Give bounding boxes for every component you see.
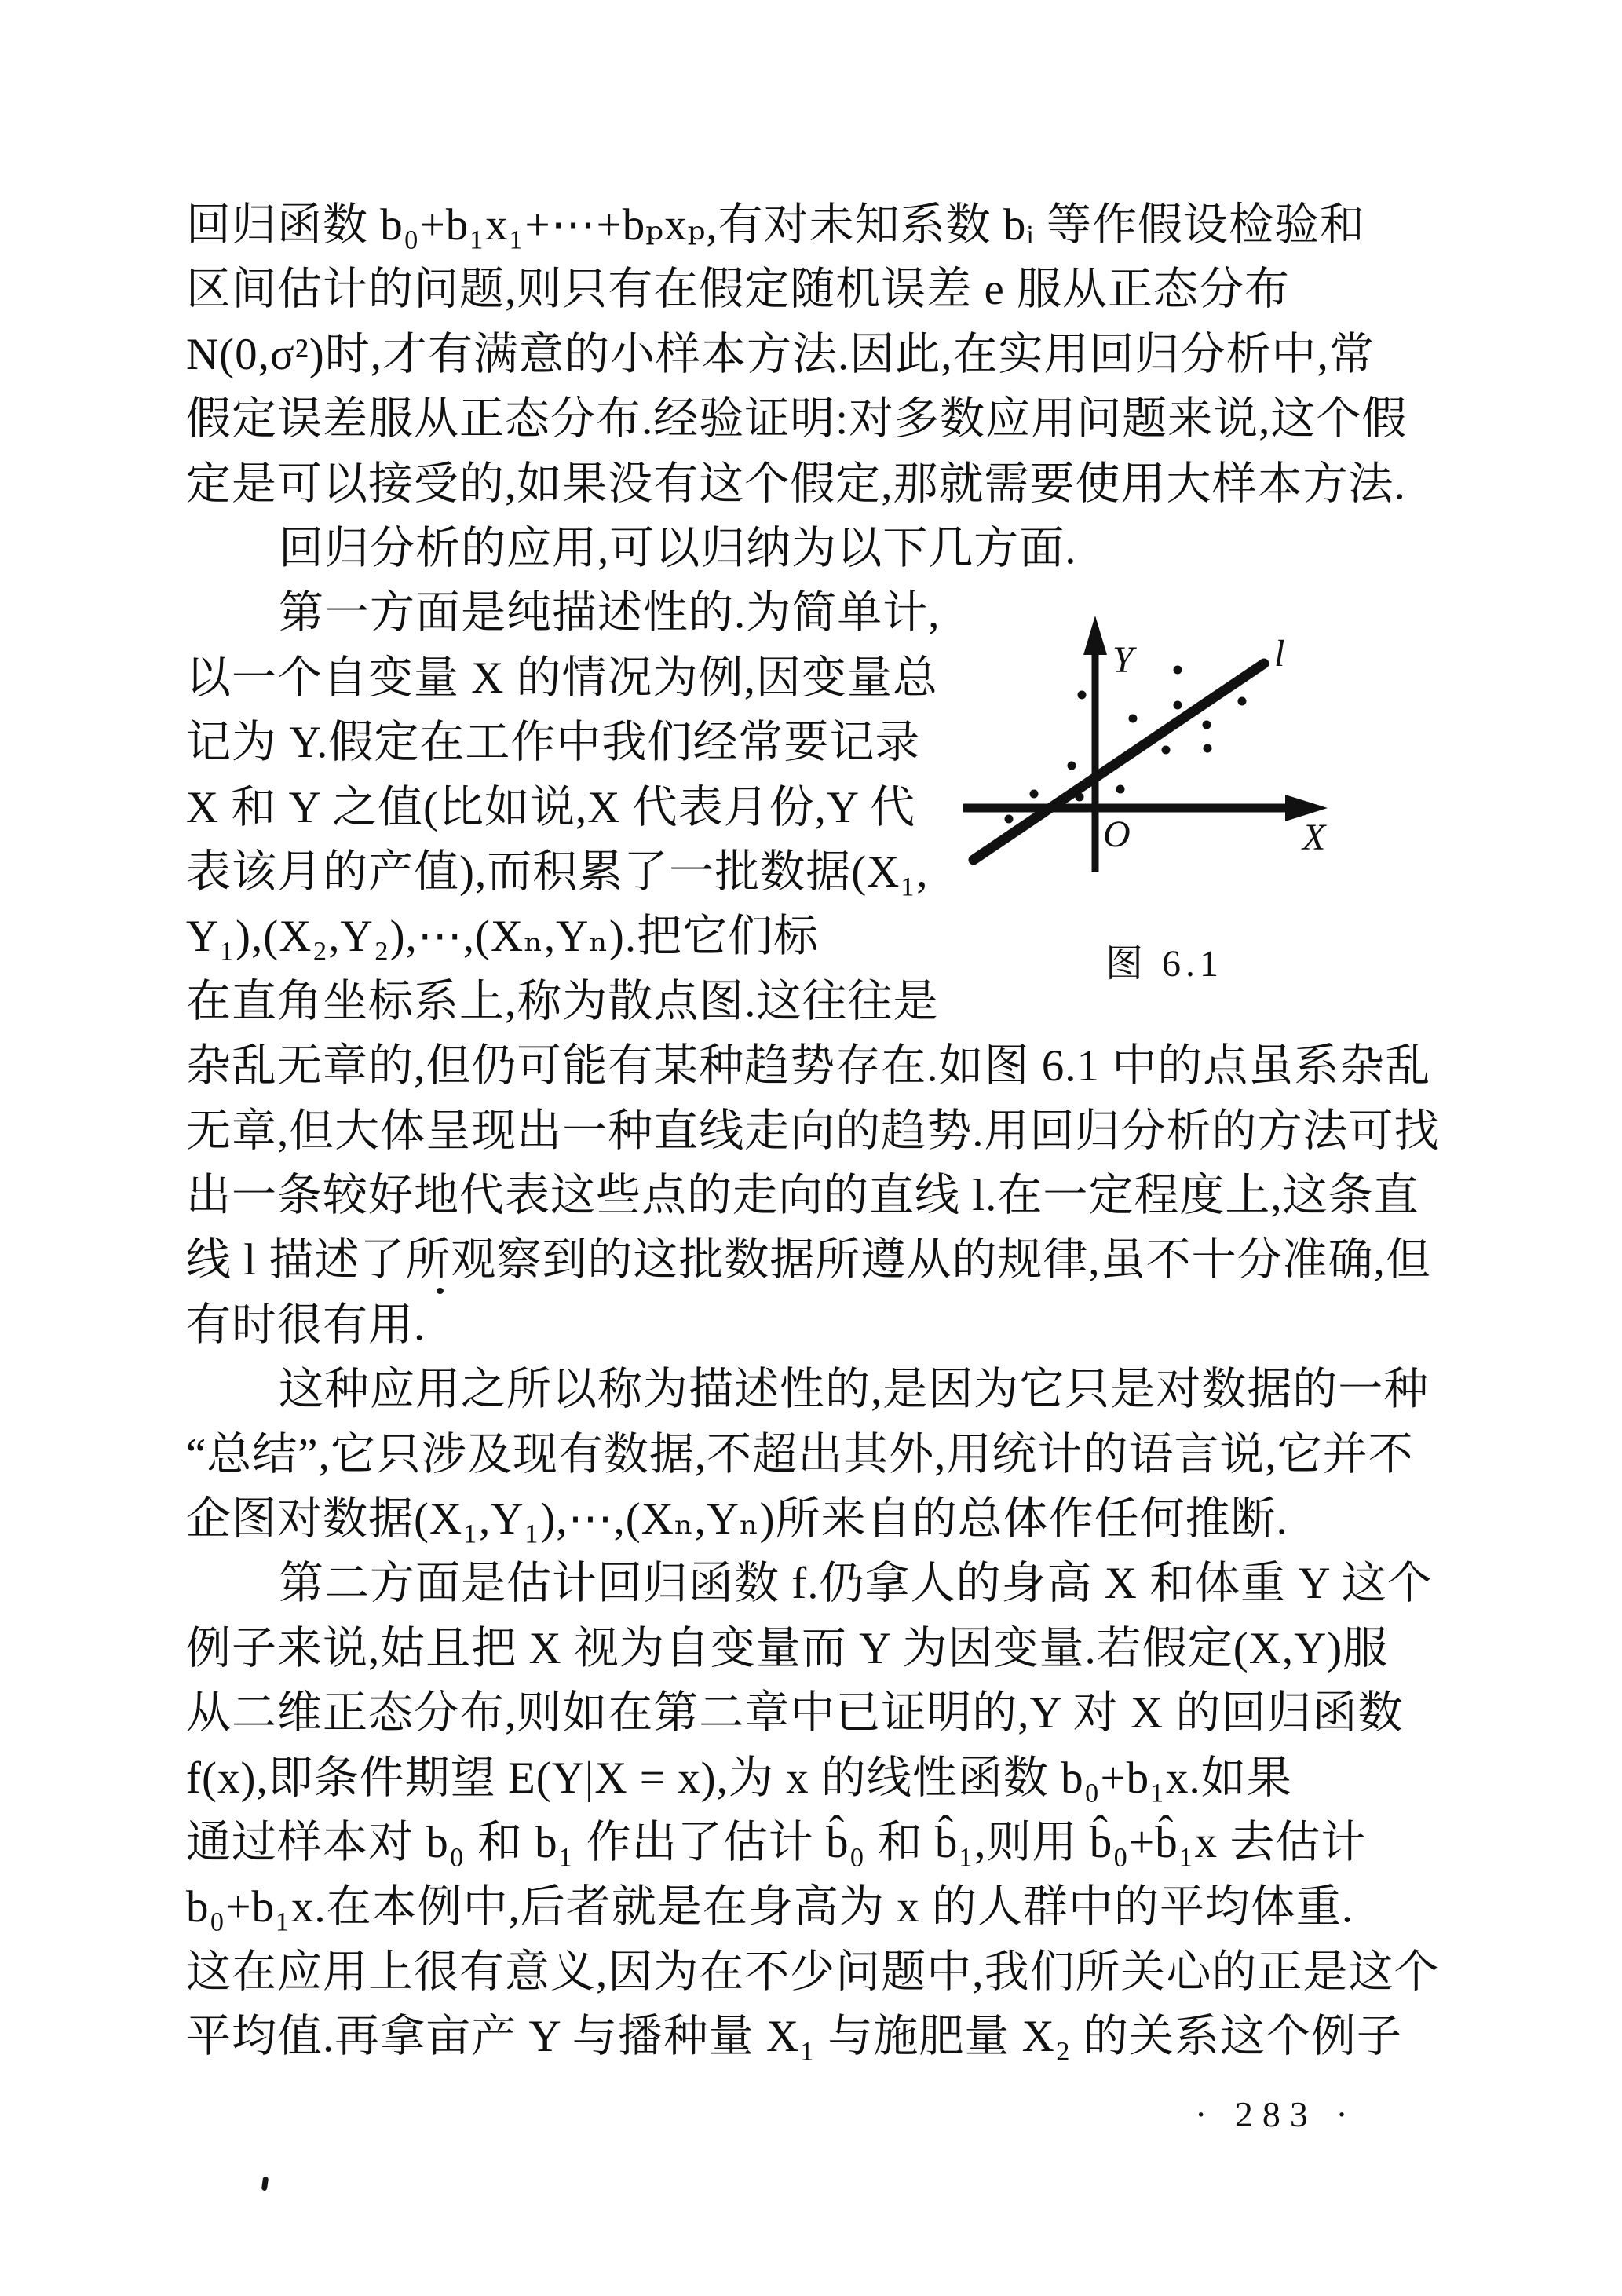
scatter-point [1076,793,1084,802]
text-line: 定是可以接受的,如果没有这个假定,那就需要使用大样本方法. [186,452,1406,517]
y-axis-arrow-icon [1083,616,1107,655]
text-line: 通过样本对 b₀ 和 b₁ 作出了估计 b̂₀ 和 b̂₁,则用 b̂₀+b̂₁… [186,1810,1366,1875]
scatter-point [1238,697,1247,706]
text-line: 表该月的产值),而积累了一批数据(X₁, [186,839,929,905]
text-line: 回归函数 b₀+b₁x₁+⋯+bₚxₚ,有对未知系数 bᵢ 等作假设检验和 [186,192,1365,258]
text-line: 有时很有用. [186,1292,426,1358]
text-line: 平均值.再拿亩产 Y 与播种量 X₁ 与施肥量 X₂ 的关系这个例子 [186,2004,1402,2069]
scatter-point [1005,815,1014,824]
text-line: “总结”,它只涉及现有数据,不超出其外,用统计的语言说,它并不 [186,1422,1414,1487]
scatter-point [1203,721,1211,729]
text-line: f(x),即条件期望 E(Y|X = x),为 x 的线性函数 b₀+b₁x.如… [186,1746,1292,1811]
text-line: 企图对数据(X₁,Y₁),⋯,(Xₙ,Yₙ)所来自的总体作任何推断. [186,1486,1288,1552]
text-line: Y₁),(X₂,Y₂),⋯,(Xₙ,Yₙ).把它们标 [186,904,819,969]
line-label: l [1274,633,1284,675]
scatter-point [1204,744,1212,753]
text-line: 第二方面是估计回归函数 f.仍拿人的身高 X 和体重 Y 这个 [186,1551,1433,1616]
figure-caption: 图 6.1 [1105,944,1223,985]
text-line: 从二维正态分布,则如在第二章中已证明的,Y 对 X 的回归函数 [186,1680,1403,1746]
text-line: 区间估计的问题,则只有在假定随机误差 e 服从正态分布 [186,257,1290,322]
text-line: 线 l 描述了所观察到的这批数据所遵从的规律,虽不十分准确,但 [186,1227,1431,1292]
scatter-point [1129,715,1138,723]
text-line: 假定误差服从正态分布.经验证明:对多数应用问题来说,这个假 [186,386,1407,452]
text-line: 出一条较好地代表这些点的走向的直线 l.在一定程度上,这条直 [186,1163,1419,1228]
scan-speck [437,1288,444,1294]
text-line: 回归分析的应用,可以归纳为以下几方面. [186,516,1077,581]
text-line: 第一方面是纯描述性的.为简单计, [186,580,941,645]
book-page: 回归函数 b₀+b₁x₁+⋯+bₚxₚ,有对未知系数 bᵢ 等作假设检验和区间估… [0,0,1622,2296]
text-line: X 和 Y 之值(比如说,X 代表月份,Y 代 [186,775,915,840]
text-line: N(0,σ²)时,才有满意的小样本方法.因此,在实用回归分析中,常 [186,322,1375,387]
scatter-point [1030,790,1039,799]
x-axis-label: X [1301,817,1327,858]
text-line: 在直角坐标系上,称为散点图.这往往是 [186,969,939,1034]
figure-6-1-plot: Y X O l [962,611,1331,886]
y-axis-label: Y [1112,639,1137,681]
scatter-point [1116,785,1125,794]
scatter-point [1068,762,1076,770]
scatter-point [1174,701,1182,710]
text-line: 以一个自变量 X 的情况为例,因变量总 [186,645,938,711]
origin-label: O [1103,813,1131,855]
scatter-point [1078,691,1087,700]
page-number: · 283 · [1195,2095,1357,2134]
text-line: 杂乱无章的,但仍可能有某种趋势存在.如图 6.1 中的点虽系杂乱 [186,1033,1430,1099]
text-line: b₀+b₁x.在本例中,后者就是在身高为 x 的人群中的平均体重. [186,1874,1353,1940]
text-line: 例子来说,姑且把 X 视为自变量而 Y 为因变量.若假定(X,Y)服 [186,1616,1388,1681]
scatter-points [1005,666,1247,824]
text-line: 这在应用上很有意义,因为在不少问题中,我们所关心的正是这个 [186,1940,1440,2005]
scatter-point [1174,666,1182,675]
text-line: 这种应用之所以称为描述性的,是因为它只是对数据的一种 [186,1357,1429,1422]
scatter-point [1162,746,1171,755]
text-line: 无章,但大体呈现出一种直线走向的趋势.用回归分析的方法可找 [186,1099,1440,1164]
text-line: 记为 Y.假定在工作中我们经常要记录 [186,710,920,775]
scan-speck [261,2177,269,2192]
